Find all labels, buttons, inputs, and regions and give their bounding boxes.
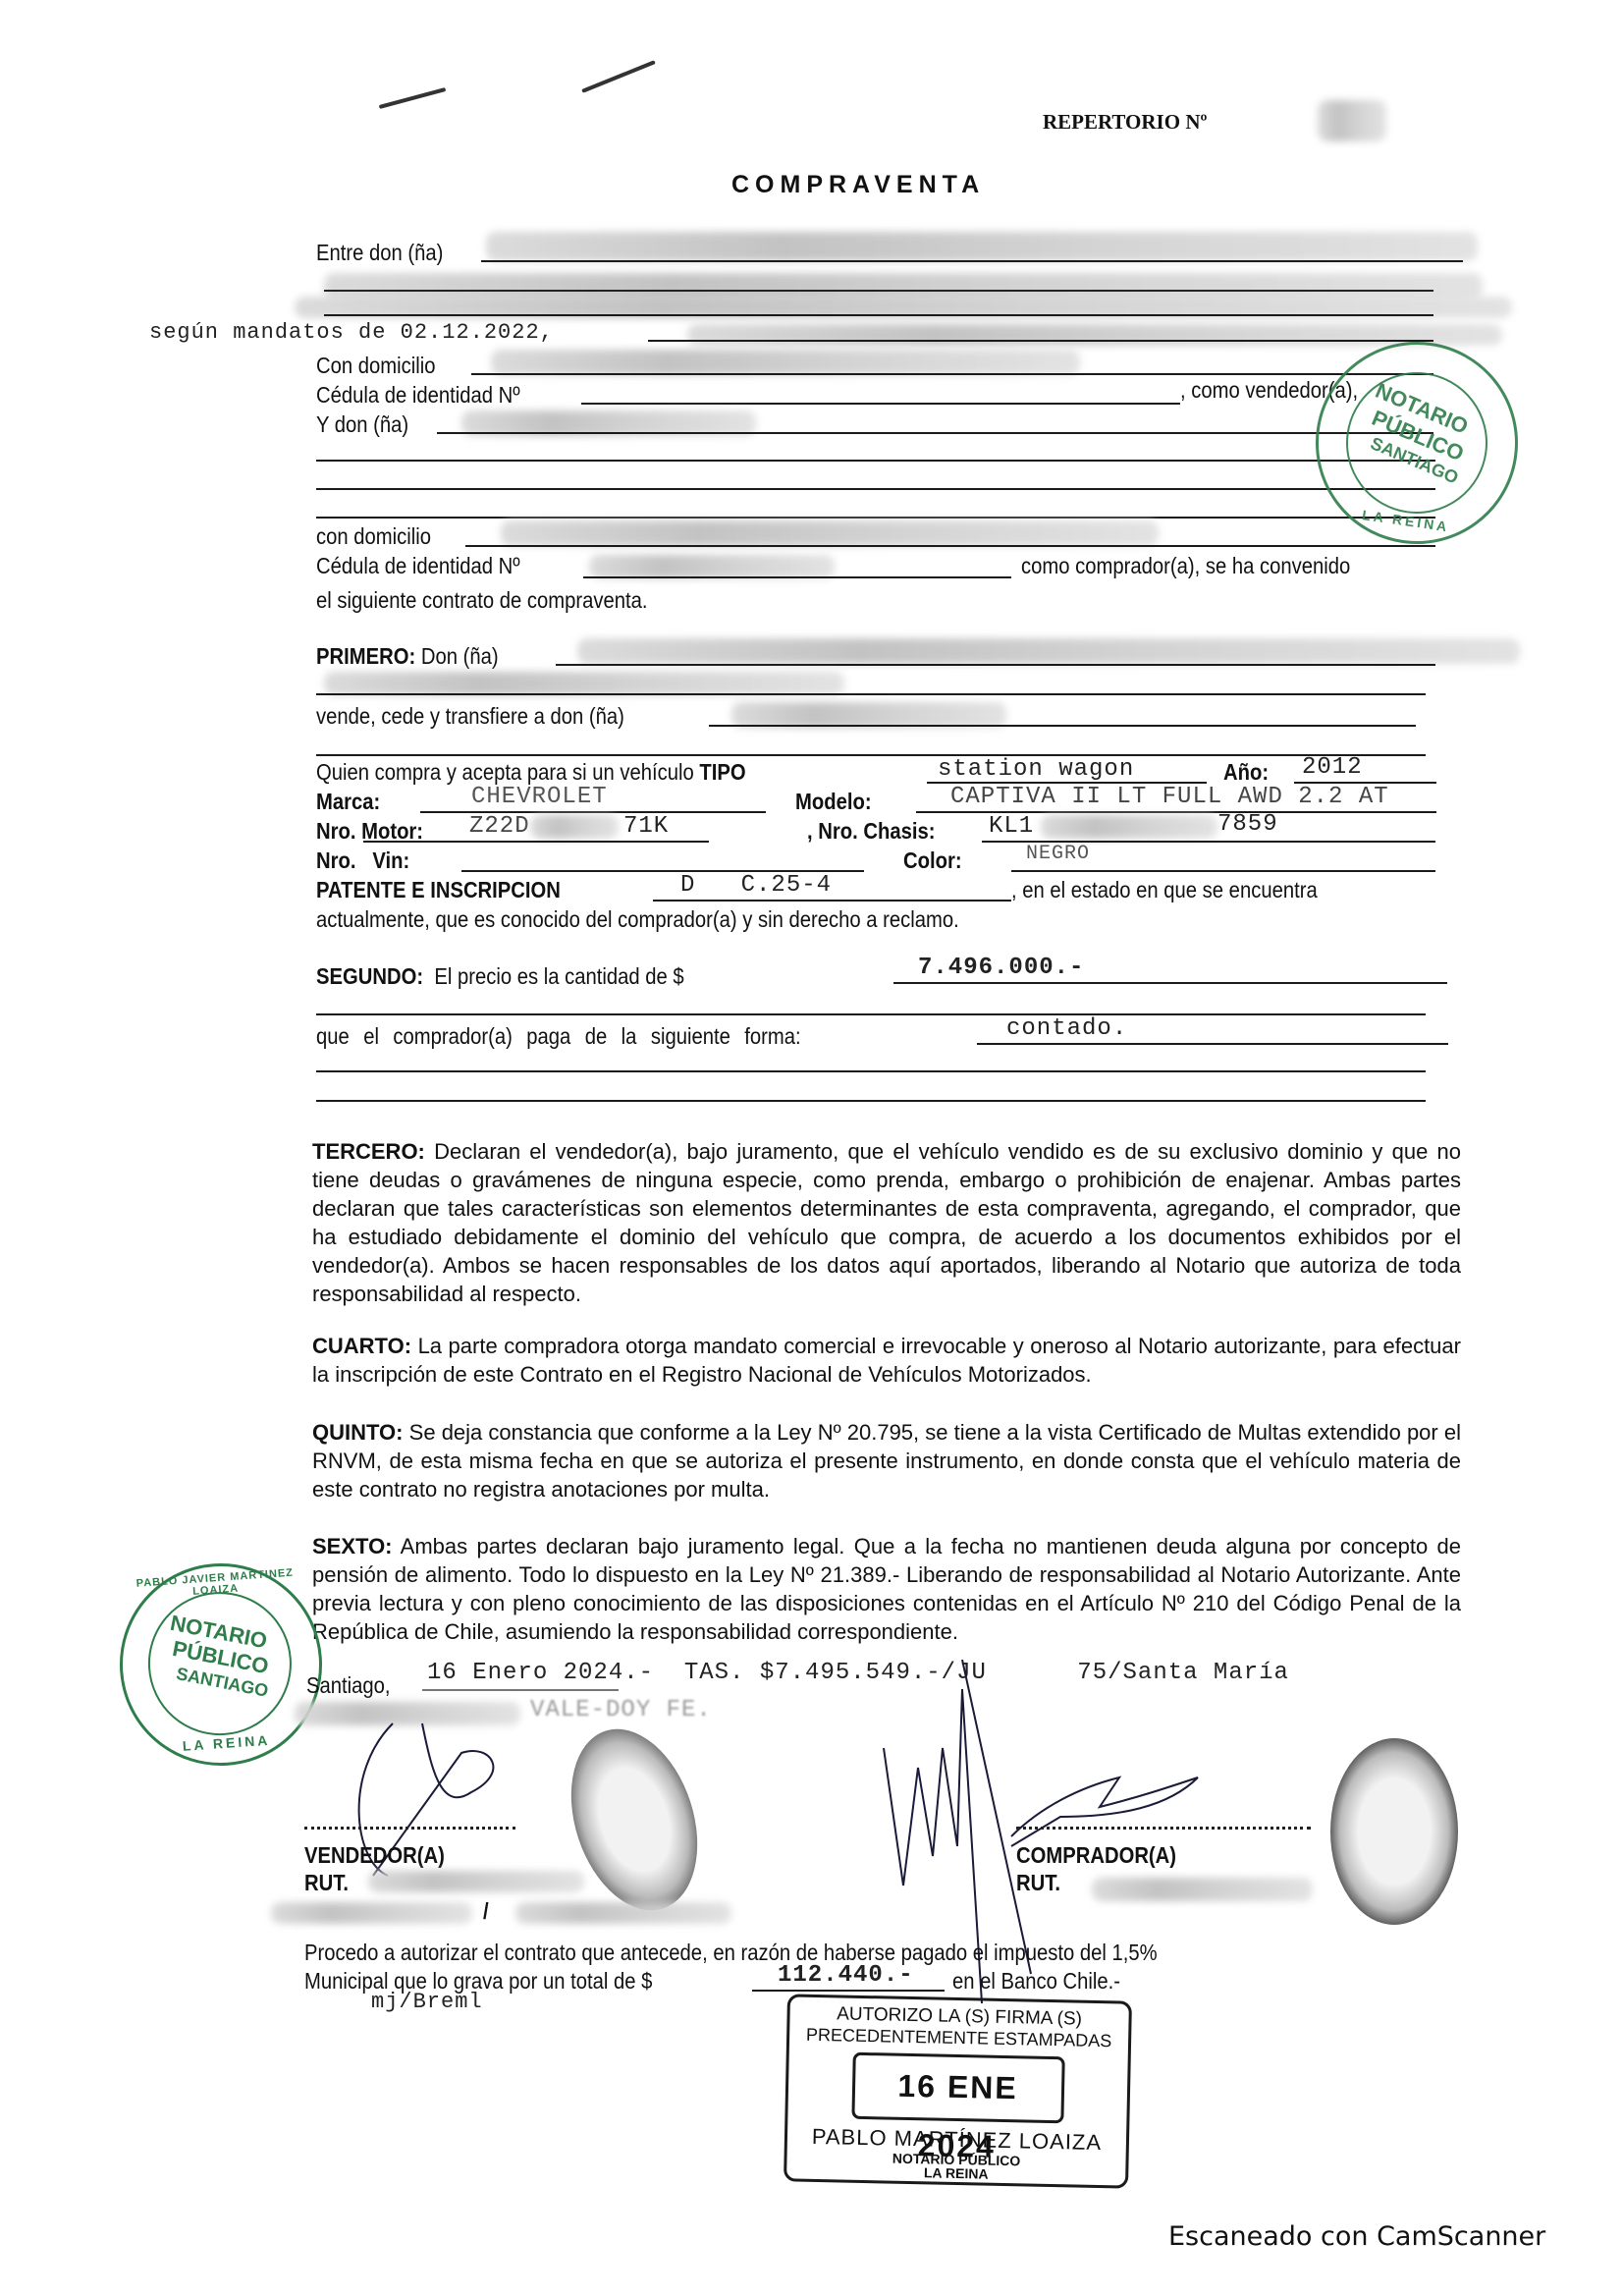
modelo-label: Modelo:	[795, 788, 872, 815]
primero-heading: PRIMERO:	[316, 643, 415, 669]
siguiente-contrato-text: el siguiente contrato de compraventa.	[316, 586, 648, 614]
forma-value: contado.	[1006, 1015, 1127, 1042]
sexto-paragraph: SEXTO: Ambas partes declaran bajo jurame…	[312, 1532, 1461, 1646]
redacted-repertorio	[1318, 100, 1386, 141]
redacted-motor	[530, 815, 619, 839]
camscanner-footer: Escaneado con CamScanner	[1168, 2221, 1545, 2252]
entre-label: Entre don (ña)	[316, 239, 443, 266]
comprador-rut-label: RUT.	[1016, 1869, 1060, 1896]
quinto-paragraph: QUINTO: Se deja constancia que conforme …	[312, 1418, 1461, 1503]
anio-label: Año:	[1223, 758, 1269, 786]
quien-compra-text: Quien compra y acepta para si un vehícul…	[316, 758, 746, 786]
notary-seal-left: NOTARIO PÚBLICO SANTIAGO LA REINA PABLO …	[113, 1557, 329, 1773]
patente-label: PATENTE E INSCRIPCION	[316, 876, 561, 903]
chasis-value-start: KL1	[989, 813, 1034, 840]
con-domicilio-label: Con domicilio	[316, 352, 435, 379]
modelo-value: CAPTIVA II LT FULL AWD 2.2 AT	[950, 784, 1389, 810]
repertorio-label: REPERTORIO Nº	[1043, 110, 1207, 135]
cedula2-label: Cédula de identidad Nº	[316, 552, 520, 579]
santiago-label: Santiago,	[306, 1671, 391, 1699]
marca-value: CHEVROLET	[471, 784, 608, 810]
redacted-primero-seller-cont	[324, 672, 844, 695]
redacted-buyer-id	[589, 555, 835, 578]
document-title: COMPRAVENTA	[731, 171, 985, 199]
redacted-seller-rut	[368, 1871, 584, 1892]
como-comprador-text: como comprador(a), se ha convenido	[1021, 552, 1350, 579]
cuarto-paragraph: CUARTO: La parte compradora otorga manda…	[312, 1332, 1461, 1389]
precio-value: 7.496.000.-	[918, 955, 1084, 981]
vendedor-rut-label: RUT.	[304, 1869, 349, 1896]
redacted-rep-rut	[515, 1902, 731, 1924]
tipo-value: station wagon	[938, 756, 1134, 783]
patente-value: D C.25-4	[680, 872, 832, 899]
initials: mj/Breml	[371, 1990, 483, 2014]
redacted-seller-address	[491, 350, 1080, 375]
redacted-buyer-rut	[1092, 1878, 1313, 1901]
autorizacion-line1: Procedo a autorizar el contrato que ante…	[304, 1939, 1158, 1966]
autorizacion-line2-suffix: en el Banco Chile.-	[952, 1967, 1120, 1995]
redacted-primero-seller	[577, 638, 1520, 664]
motor-value-start: Z22D	[469, 813, 530, 840]
buyer-signature-line	[1016, 1827, 1311, 1830]
anio-value: 2012	[1302, 754, 1363, 781]
motor-value-end: 71K	[623, 813, 669, 840]
redacted-mandatos-detail	[687, 324, 1502, 346]
vendedor-label: VENDEDOR(A)	[304, 1841, 445, 1869]
notary-seal-top: NOTARIO PÚBLICO SANTIAGO LA REINA	[1303, 329, 1532, 558]
redacted-seller-name	[486, 232, 1478, 261]
redacted-buyer-address	[501, 520, 1159, 546]
cedula-label: Cédula de identidad Nº	[316, 381, 520, 409]
redacted-chasis	[1041, 815, 1217, 839]
primero-line: PRIMERO: Don (ña)	[316, 642, 499, 670]
y-don-label: Y don (ña)	[316, 410, 408, 438]
comprador-label: COMPRADOR(A)	[1016, 1841, 1176, 1869]
segundo-line: SEGUNDO: El precio es la cantidad de $	[316, 962, 684, 990]
con-domicilio2-label: con domicilio	[316, 522, 431, 550]
tercero-paragraph: TERCERO: Declaran el vendedor(a), bajo j…	[312, 1137, 1461, 1308]
authorization-stamp: AUTORIZO LA (S) FIRMA (S) PRECEDENTEMENT…	[784, 1994, 1132, 2188]
scan-mark	[379, 87, 447, 109]
tipo-label: TIPO	[699, 759, 745, 785]
buyer-signature	[1001, 1748, 1227, 1856]
seller-signature-line	[304, 1827, 515, 1830]
color-label: Color:	[903, 847, 962, 874]
forma-text: que el comprador(a) paga de la siguiente…	[316, 1022, 801, 1050]
color-value: NEGRO	[1026, 843, 1090, 865]
buyer-fingerprint	[1330, 1738, 1458, 1925]
scan-mark	[581, 60, 656, 93]
stamp-date: 16 ENE 2024	[851, 2052, 1064, 2124]
actualmente-text: actualmente, que es conocido del comprad…	[316, 905, 959, 933]
redacted-seller-rut-rep	[271, 1902, 472, 1924]
marca-label: Marca:	[316, 788, 380, 815]
don-label: Don (ña)	[421, 643, 499, 669]
vin-label: Nro. Vin:	[316, 847, 409, 874]
estado-text: , en el estado en que se encuentra	[1011, 876, 1318, 903]
impuesto-value: 112.440.-	[778, 1962, 914, 1989]
typed-date-line: 16 Enero 2024.- TAS. $7.495.549.-/JU 75/…	[427, 1660, 1289, 1686]
mandatos-text: según mandatos de 02.12.2022,	[149, 320, 554, 345]
chasis-value-end: 7859	[1217, 811, 1278, 838]
rut-separator: /	[483, 1897, 489, 1925]
chasis-label: , Nro. Chasis:	[807, 817, 935, 845]
vende-label: vende, cede y transfiere a don (ña)	[316, 702, 624, 730]
